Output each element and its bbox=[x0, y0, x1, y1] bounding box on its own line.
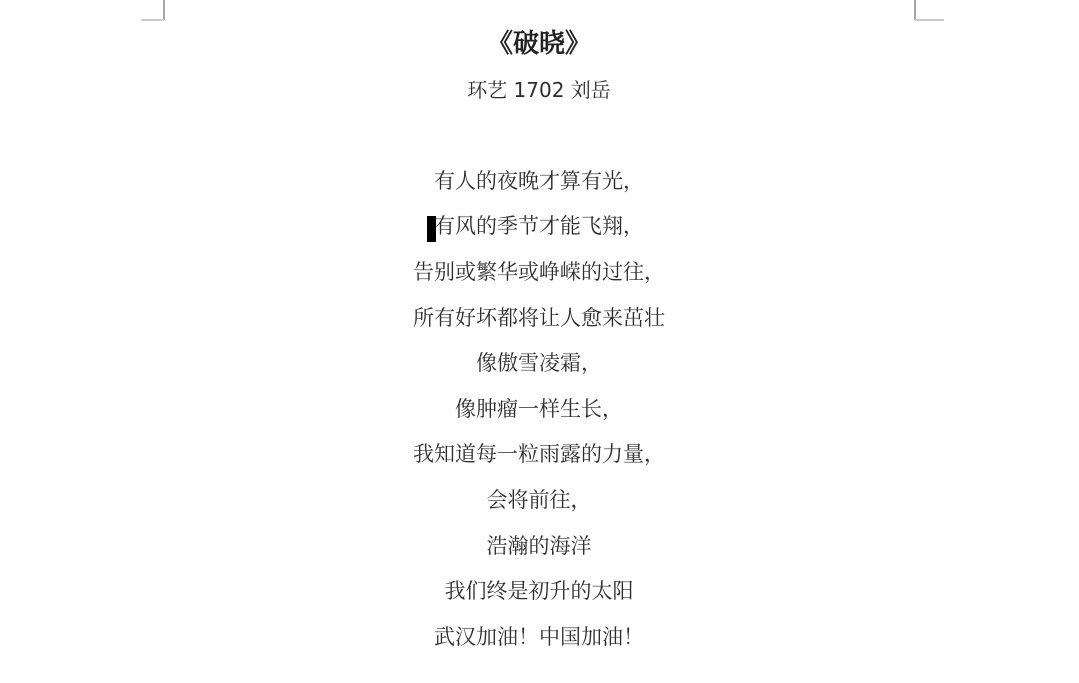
margin-crop-mark-top-right-vertical bbox=[914, 0, 916, 20]
poem-line-5[interactable]: 像傲雪凌霜， bbox=[163, 341, 915, 387]
poem-line-10[interactable]: 我们终是初升的太阳 bbox=[163, 569, 915, 615]
margin-crop-mark-top-left-vertical bbox=[163, 0, 165, 20]
blank-line[interactable] bbox=[163, 113, 915, 159]
poem-line-8[interactable]: 会将前往， bbox=[163, 478, 915, 524]
document-page[interactable]: 《破晓》 环艺 1702 刘岳 有人的夜晚才算有光， 有风的季节才能飞翔， 告别… bbox=[0, 0, 1079, 683]
text-caret bbox=[427, 216, 436, 242]
poem-line-2[interactable]: 有风的季节才能飞翔， bbox=[163, 204, 915, 250]
poem-line-6[interactable]: 像肿瘤一样生长， bbox=[163, 387, 915, 433]
poem-line-1[interactable]: 有人的夜晚才算有光， bbox=[163, 159, 915, 205]
poem-line-7[interactable]: 我知道每一粒雨露的力量， bbox=[163, 432, 915, 478]
margin-crop-mark-top-right-horizontal bbox=[915, 19, 944, 21]
document-text-area[interactable]: 《破晓》 环艺 1702 刘岳 有人的夜晚才算有光， 有风的季节才能飞翔， 告别… bbox=[163, 22, 915, 660]
poem-byline[interactable]: 环艺 1702 刘岳 bbox=[163, 68, 915, 114]
margin-crop-mark-top-left-horizontal bbox=[141, 19, 164, 21]
poem-title[interactable]: 《破晓》 bbox=[163, 22, 915, 68]
poem-line-4[interactable]: 所有好坏都将让人愈来茁壮 bbox=[163, 296, 915, 342]
poem-line-9[interactable]: 浩瀚的海洋 bbox=[163, 524, 915, 570]
poem-line-11[interactable]: 武汉加油！中国加油！ bbox=[163, 615, 915, 661]
poem-line-3[interactable]: 告别或繁华或峥嵘的过往， bbox=[163, 250, 915, 296]
